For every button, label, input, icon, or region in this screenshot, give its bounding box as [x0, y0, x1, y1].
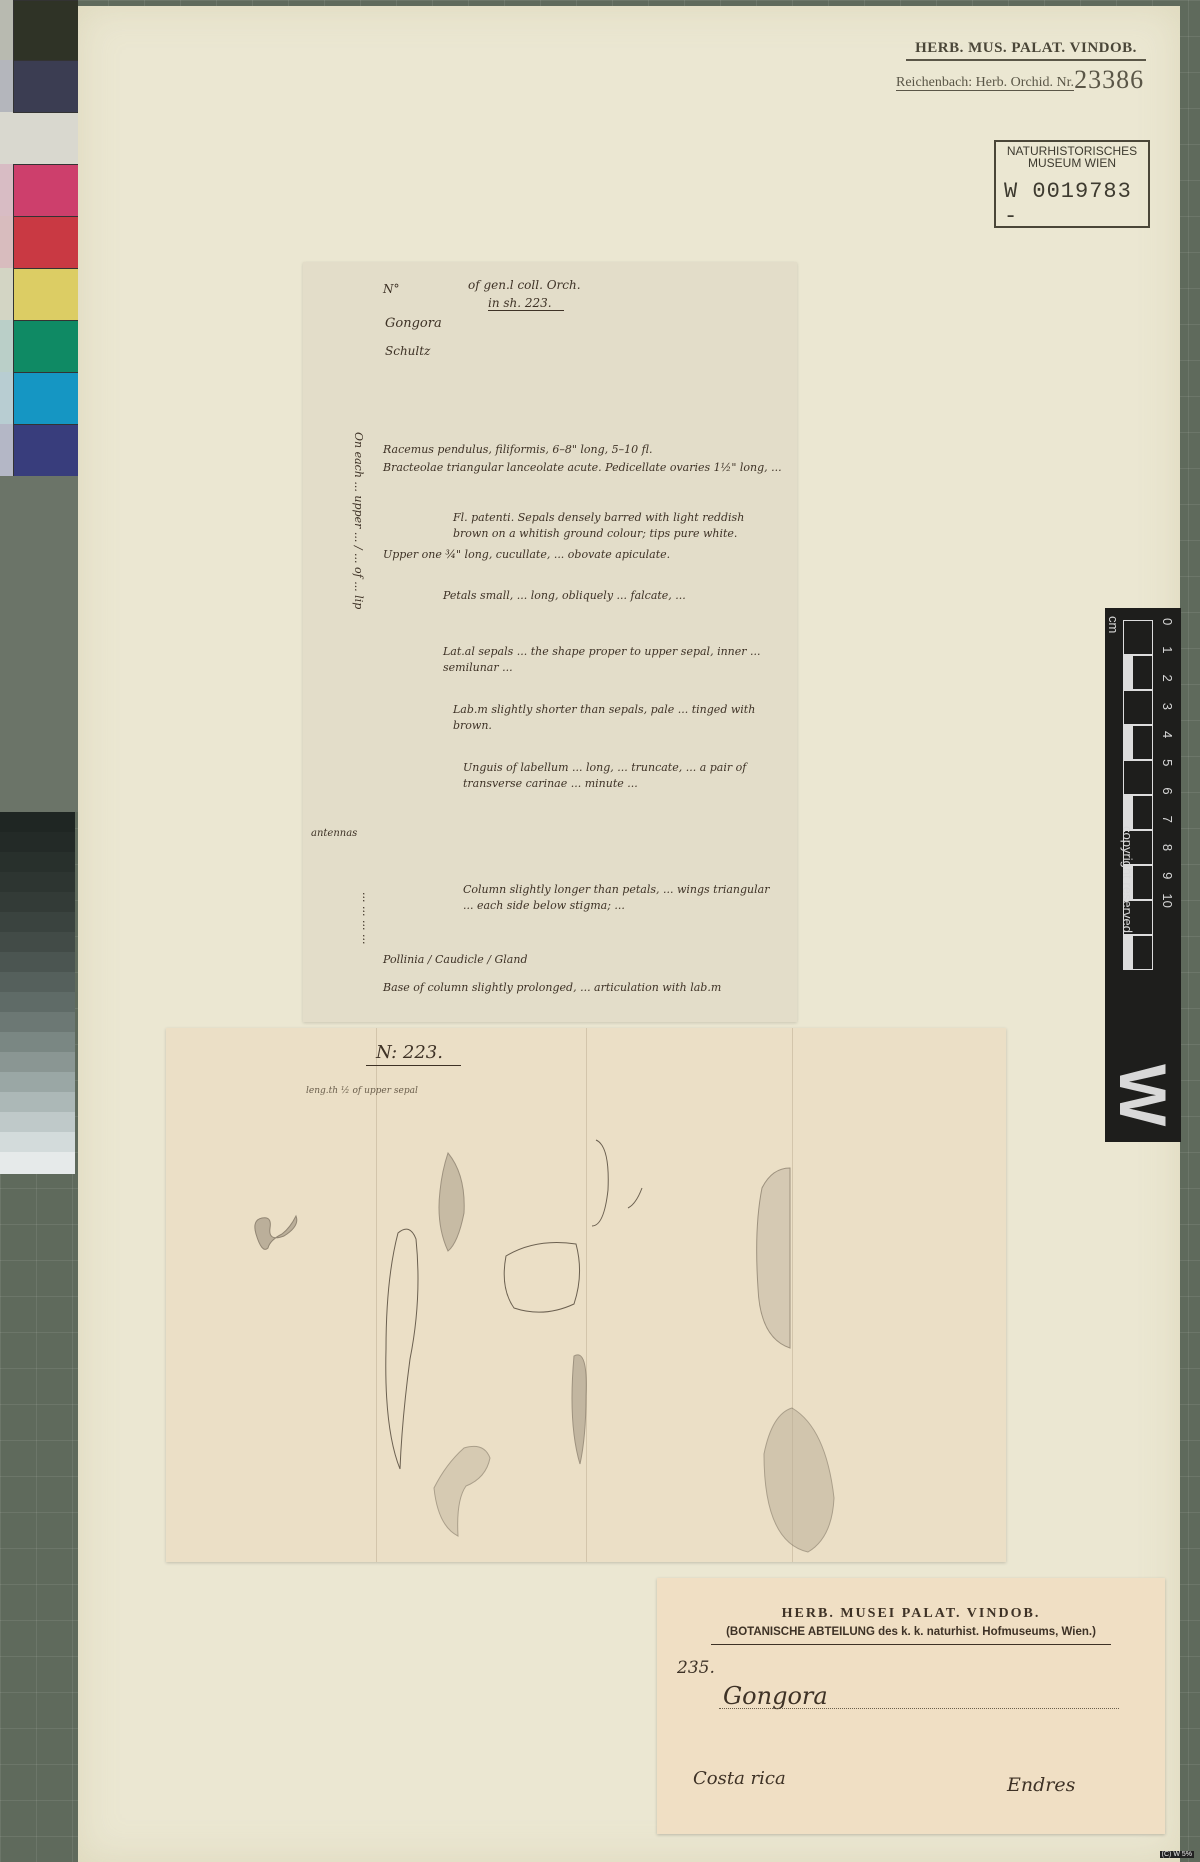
corner-tag: (C) W 5%: [1160, 1851, 1194, 1858]
chart-gap: [0, 476, 78, 812]
orchid-sketches-drawing: [166, 1028, 1006, 1562]
label-dotted-line: [719, 1708, 1119, 1709]
letter-paragraph: Base of column slightly prolonged, ... a…: [383, 980, 783, 996]
letter-number-label: N°: [383, 282, 400, 296]
color-patch-blue: [0, 424, 78, 476]
color-patch-green: [0, 320, 78, 372]
color-calibration-chart: [0, 0, 78, 1490]
museum-name-line2: MUSEUM WIEN: [996, 157, 1148, 169]
gray-scale-strip: [0, 812, 75, 1182]
label-subtitle: (BOTANISCHE ABTEILUNG des k. k. naturhis…: [711, 1626, 1111, 1645]
herbarium-title: HERB. MUS. PALAT. VINDOB.: [906, 40, 1146, 61]
specimen-label: HERB. MUSEI PALAT. VINDOB. (BOTANISCHE A…: [657, 1578, 1165, 1834]
label-genus: Gongora: [723, 1682, 828, 1710]
letter-paragraph: Racemus pendulus, filiformis, 6–8" long,…: [383, 442, 783, 458]
letter-top-note-1: of gen.l coll. Orch.: [468, 278, 581, 292]
letter-paragraph: Column slightly longer than petals, ... …: [383, 882, 783, 914]
letter-paragraph: Fl. patenti. Sepals densely barred with …: [383, 510, 783, 542]
label-collector: Endres: [1007, 1774, 1075, 1796]
letter-margin-note-antennas: antennas: [311, 828, 357, 839]
museum-barcode-stamp: NATURHISTORISCHES MUSEUM WIEN W 0019783 …: [994, 140, 1150, 228]
letter-paragraph: Upper one ¾" long, cucullate, ... obovat…: [383, 547, 783, 563]
collection-number: 23386: [1074, 65, 1144, 94]
color-patch-red: [0, 216, 78, 268]
color-patch-white: [0, 112, 78, 164]
label-locality: Costa rica: [693, 1768, 786, 1789]
handwritten-description-sheet: N° of gen.l coll. Orch. in sh. 223. Gong…: [303, 262, 797, 1022]
letter-paragraph: Pollinia / Caudicle / Gland: [383, 952, 783, 968]
color-patch-magenta: [0, 164, 78, 216]
herbarium-header-stamp: HERB. MUS. PALAT. VINDOB. Reichenbach: H…: [896, 40, 1186, 95]
color-patch-dark-blue: [0, 60, 78, 112]
letter-paragraph: Bracteolae triangular lanceolate acute. …: [383, 460, 783, 476]
color-patch-cyan: [0, 372, 78, 424]
barcode-number: W 0019783 -: [1004, 179, 1148, 229]
color-patch-yellow: [0, 268, 78, 320]
collection-label: Reichenbach: Herb. Orchid. Nr.: [896, 75, 1074, 91]
color-patch-black: [0, 0, 78, 60]
letter-paragraph: Unguis of labellum ... long, ... truncat…: [383, 760, 783, 792]
letter-top-note-2: in sh. 223.: [488, 296, 564, 311]
letter-genus: Gongora: [385, 316, 442, 331]
letter-paragraph: Petals small, ... long, obliquely ... fa…: [383, 588, 783, 604]
scale-ruler: cm 012345678910 copyright reserved W: [1105, 608, 1181, 1142]
ruler-copyright: copyright reserved: [1120, 826, 1135, 933]
letter-paragraph: Lab.m slightly shorter than sepals, pale…: [383, 702, 783, 734]
ruler-ticks: 012345678910: [1160, 618, 1175, 908]
botanical-sketch-sheet: N: 223. leng.th ½ of upper sepal: [166, 1028, 1006, 1562]
letter-margin-note-bottom: ... ... ... ...: [360, 892, 373, 944]
letter-paragraph: Lat.al sepals ... the shape proper to up…: [383, 644, 783, 676]
letter-species: Schultz: [385, 344, 430, 358]
letter-margin-note-left: On each ... upper ... / ... of ... lip: [352, 432, 365, 609]
ruler-unit: cm: [1106, 616, 1121, 633]
collection-line: Reichenbach: Herb. Orchid. Nr.23386: [896, 65, 1186, 95]
label-title: HERB. MUSEI PALAT. VINDOB.: [657, 1606, 1165, 1622]
institution-logo: W: [1103, 1064, 1183, 1116]
label-number: 235.: [677, 1658, 715, 1678]
